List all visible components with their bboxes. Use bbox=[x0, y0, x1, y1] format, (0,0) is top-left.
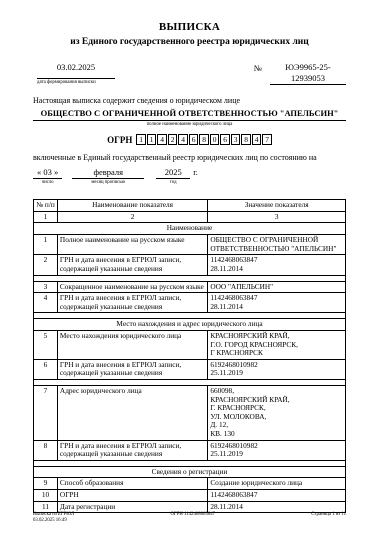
row-number: 4 bbox=[34, 293, 58, 313]
indicator-value: 619246801098225.11.2019 bbox=[208, 440, 346, 460]
header-row-number: № п/п bbox=[34, 200, 58, 212]
details-table-body: Наименование1Полное наименование на русс… bbox=[34, 223, 346, 513]
org-full-name: ОБЩЕСТВО С ОГРАНИЧЕННОЙ ОТВЕТСТВЕННОСТЬЮ… bbox=[33, 108, 346, 121]
document-content: ВЫПИСКА из Единого государственного реес… bbox=[0, 0, 379, 513]
table-row: 9Способ образованияСоздание юридического… bbox=[34, 478, 346, 490]
indicator-name: ГРН и дата внесения в ЕГРЮЛ записи, соде… bbox=[57, 359, 207, 379]
day-value: 03 bbox=[43, 167, 52, 177]
header-indicator-value: Значение показателя bbox=[208, 200, 346, 212]
column-number-2: 2 bbox=[57, 211, 207, 223]
document-title: ВЫПИСКА bbox=[33, 21, 346, 33]
indicator-value: 660098,КРАСНОЯРСКИЙ КРАЙ,Г. КРАСНОЯРСК,У… bbox=[208, 386, 346, 441]
table-row: 3Сокращенное наименование на русском язы… bbox=[34, 281, 346, 293]
footer-generated-datetime: 03.02.2025 16:49 bbox=[33, 518, 74, 524]
document-number: ЮЭ9965-25- 12939053 bbox=[270, 62, 346, 85]
indicator-name: ГРН и дата внесения в ЕГРЮЛ записи, соде… bbox=[57, 440, 207, 460]
table-row: 4ГРН и дата внесения в ЕГРЮЛ записи, сод… bbox=[34, 293, 346, 313]
ogrn-row: ОГРН 1142468063847 bbox=[33, 134, 346, 145]
indicator-name: Сокращенное наименование на русском язык… bbox=[57, 281, 207, 293]
row-number: 10 bbox=[34, 490, 58, 502]
header-indicator-name: Наименование показателя bbox=[57, 200, 207, 212]
year-value: 2025 bbox=[156, 167, 190, 179]
table-row: 1Полное наименование на русском языкеОБЩ… bbox=[34, 235, 346, 255]
indicator-value: ОБЩЕСТВО С ОГРАНИЧЕННОЙОТВЕТСТВЕННОСТЬЮ … bbox=[208, 235, 346, 255]
row-number: 6 bbox=[34, 359, 58, 379]
indicator-value: 619246801098225.11.2019 bbox=[208, 359, 346, 379]
ogrn-digit: 0 bbox=[210, 134, 220, 145]
intro-line: Настоящая выписка содержит сведения о юр… bbox=[33, 96, 346, 105]
page-footer: Выписка из ЕГРЮЛ 03.02.2025 16:49 ОГРН 1… bbox=[33, 512, 346, 525]
indicator-name: Место нахождения юридического лица bbox=[57, 330, 207, 359]
document-number-line2: 12939053 bbox=[272, 73, 344, 84]
day-caption: число bbox=[33, 180, 62, 185]
section-row: Наименование bbox=[34, 223, 346, 235]
included-line: включенные в Единый государственный реес… bbox=[33, 153, 346, 162]
indicator-name: ОГРН bbox=[57, 490, 207, 502]
as-of-year-block: 2025 год bbox=[156, 167, 190, 185]
section-row: Сведения о регистрации bbox=[34, 466, 346, 478]
column-number-1: 1 bbox=[34, 211, 58, 223]
row-number: 2 bbox=[34, 255, 58, 275]
as-of-date-line: « 03 » число февраля месяц прописью 2025… bbox=[33, 167, 346, 185]
ogrn-digit: 4 bbox=[178, 134, 188, 145]
ogrn-digit: 4 bbox=[252, 134, 262, 145]
ogrn-digit: 6 bbox=[220, 134, 230, 145]
year-suffix: г. bbox=[193, 167, 198, 177]
ogrn-digit: 8 bbox=[241, 134, 251, 145]
section-label: Место нахождения и адрес юридического ли… bbox=[34, 319, 346, 331]
column-numbers-row: 1 2 3 bbox=[34, 211, 346, 223]
indicator-value: 1142468063847 bbox=[208, 490, 346, 502]
row-number: 1 bbox=[34, 235, 58, 255]
row-number: 5 bbox=[34, 330, 58, 359]
ogrn-digit: 8 bbox=[199, 134, 209, 145]
formation-date: 03.02.2025 bbox=[37, 62, 115, 79]
ogrn-digit: 4 bbox=[157, 134, 167, 145]
ogrn-digit-boxes: 1142468063847 bbox=[136, 134, 272, 145]
ogrn-digit: 3 bbox=[231, 134, 241, 145]
number-sign-label: № bbox=[254, 63, 262, 73]
document-subtitle: из Единого государственного реестра юрид… bbox=[33, 37, 346, 47]
section-label: Наименование bbox=[34, 223, 346, 235]
formation-date-caption: дата формирования выписки bbox=[37, 80, 115, 85]
close-quote: » bbox=[54, 167, 58, 177]
indicator-value: ООО "АПЕЛЬСИН" bbox=[208, 281, 346, 293]
indicator-value: 114246806384728.11.2014 bbox=[208, 255, 346, 275]
footer-page-number: Страница 1 из 11 bbox=[311, 512, 346, 518]
ogrn-digit: 1 bbox=[136, 134, 146, 145]
ogrn-digit: 1 bbox=[147, 134, 157, 145]
document-number-block: № ЮЭ9965-25- 12939053 bbox=[254, 62, 346, 85]
table-row: 2ГРН и дата внесения в ЕГРЮЛ записи, сод… bbox=[34, 255, 346, 275]
row-number: 8 bbox=[34, 440, 58, 460]
ogrn-label: ОГРН bbox=[107, 135, 132, 145]
table-row: 8ГРН и дата внесения в ЕГРЮЛ записи, сод… bbox=[34, 440, 346, 460]
as-of-month-block: февраля месяц прописью bbox=[72, 167, 144, 185]
indicator-value: Создание юридического лица bbox=[208, 478, 346, 490]
month-value: февраля bbox=[72, 167, 144, 179]
document-page: ВЫПИСКА из Единого государственного реес… bbox=[0, 0, 379, 539]
year-caption: год bbox=[156, 180, 190, 185]
section-row: Место нахождения и адрес юридического ли… bbox=[34, 319, 346, 331]
footer-left: Выписка из ЕГРЮЛ 03.02.2025 16:49 bbox=[33, 512, 74, 525]
indicator-name: ГРН и дата внесения в ЕГРЮЛ записи, соде… bbox=[57, 255, 207, 275]
ogrn-digit: 2 bbox=[168, 134, 178, 145]
indicator-name: ГРН и дата внесения в ЕГРЮЛ записи, соде… bbox=[57, 293, 207, 313]
table-header-row: № п/п Наименование показателя Значение п… bbox=[34, 200, 346, 212]
indicator-name: Способ образования bbox=[57, 478, 207, 490]
indicator-name: Адрес юридического лица bbox=[57, 386, 207, 441]
org-name-caption: полное наименование юридического лица bbox=[33, 122, 346, 127]
table-row: 6ГРН и дата внесения в ЕГРЮЛ записи, сод… bbox=[34, 359, 346, 379]
indicator-value: 114246806384728.11.2014 bbox=[208, 293, 346, 313]
row-number: 7 bbox=[34, 386, 58, 441]
as-of-day-block: « 03 » число bbox=[33, 167, 62, 185]
as-of-day: « 03 » bbox=[33, 167, 62, 179]
row-number: 3 bbox=[34, 281, 58, 293]
section-label: Сведения о регистрации bbox=[34, 466, 346, 478]
month-caption: месяц прописью bbox=[72, 180, 144, 185]
column-number-3: 3 bbox=[208, 211, 346, 223]
open-quote: « bbox=[37, 167, 41, 177]
formation-date-block: 03.02.2025 дата формирования выписки bbox=[37, 62, 115, 85]
table-row: 7Адрес юридического лица660098,КРАСНОЯРС… bbox=[34, 386, 346, 441]
details-table: № п/п Наименование показателя Значение п… bbox=[33, 199, 346, 513]
indicator-value: КРАСНОЯРСКИЙ КРАЙ,Г.О. ГОРОД КРАСНОЯРСК,… bbox=[208, 330, 346, 359]
table-row: 10ОГРН1142468063847 bbox=[34, 490, 346, 502]
meta-row: 03.02.2025 дата формирования выписки № Ю… bbox=[33, 62, 346, 85]
footer-ogrn: ОГРН 1142468063847 bbox=[170, 512, 215, 518]
row-number: 9 bbox=[34, 478, 58, 490]
document-number-line1: ЮЭ9965-25- bbox=[272, 62, 344, 73]
indicator-name: Полное наименование на русском языке bbox=[57, 235, 207, 255]
table-row: 5Место нахождения юридического лицаКРАСН… bbox=[34, 330, 346, 359]
ogrn-digit: 6 bbox=[189, 134, 199, 145]
ogrn-digit: 7 bbox=[262, 134, 272, 145]
